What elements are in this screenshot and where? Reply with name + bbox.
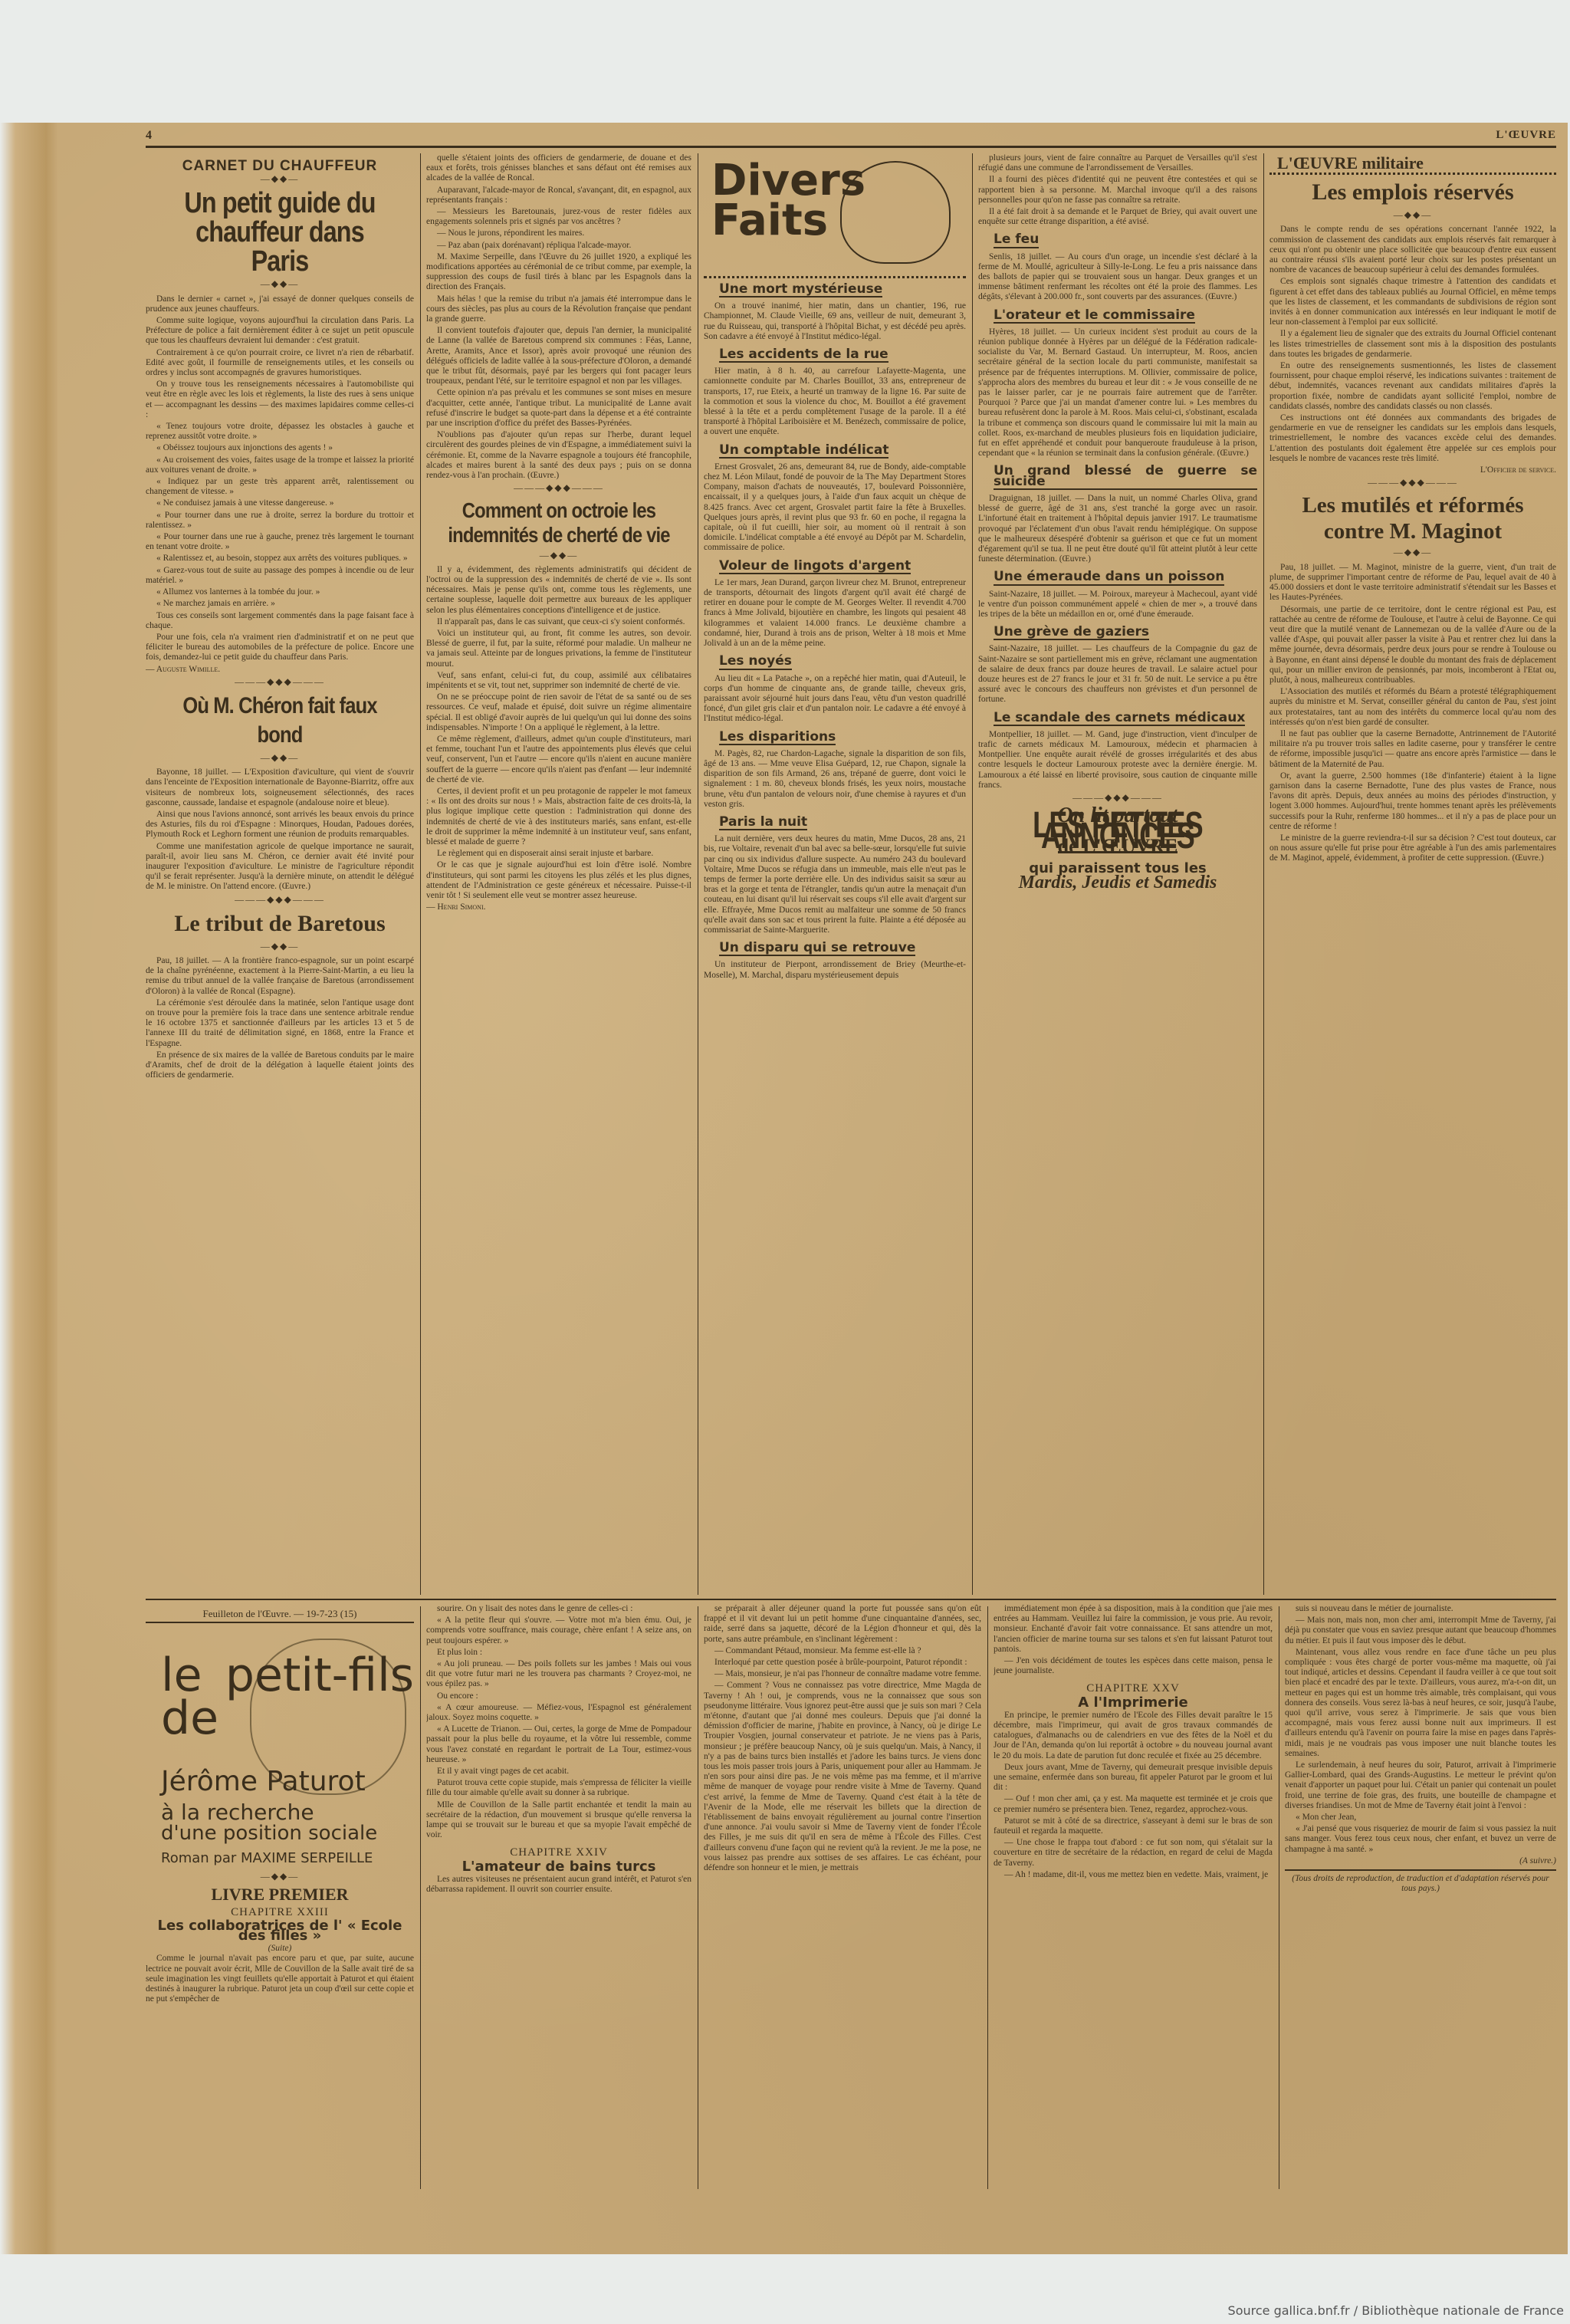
paragraph: Comme suite logique, voyons aujourd'hui … [146, 316, 414, 347]
article-headline: Les emplois réservés [1269, 178, 1556, 207]
article-body: Bayonne, 18 juillet. — L'Exposition d'av… [146, 768, 414, 892]
paragraph: Désormais, une partie de ce territoire, … [1269, 605, 1556, 686]
brief-heading: Une grève de gaziers [994, 627, 1149, 640]
page-edge [0, 123, 57, 2254]
source-credit: Source gallica.bnf.fr / Bibliothèque nat… [1228, 2303, 1564, 2318]
paragraph: « A la petite fleur qui s'ouvre. — Votre… [426, 1616, 691, 1646]
article-byline: L'Officier de service. [1269, 465, 1556, 475]
ad-headline: LES PETITES ANNONCES [1013, 820, 1223, 840]
novel-text: sourire. On y lisait des notes dans le g… [426, 1604, 691, 1840]
paragraph: Il y a également lieu de signaler que de… [1269, 329, 1556, 360]
paragraph: Deux jours avant, Mme de Taverny, qui de… [994, 1763, 1273, 1793]
column-rule [987, 1606, 988, 2189]
paragraph: Or, avant la guerre, 2.500 hommes (18e d… [1269, 771, 1556, 832]
paragraph: Le 1er mars, Jean Durand, garçon livreur… [704, 578, 966, 649]
article-headline: Le tribut de Baretous [146, 909, 414, 938]
column-3: Divers Faits Une mort mystérieuseOn a tr… [704, 153, 966, 1595]
paragraph: — Commandant Pétaud, monsieur. Ma femme … [704, 1646, 981, 1656]
column-rule [972, 153, 973, 1595]
chapter-title: Les collaboratrices de l' « Ecole des fi… [146, 1921, 414, 1941]
paragraph: — Comment ? Vous ne connaissez pas votre… [704, 1681, 981, 1873]
paragraph: En principe, le premier numéro de l'Ecol… [994, 1711, 1273, 1761]
novel-title-line: d'une position sociale [161, 1829, 377, 1839]
feuilleton-column-2: sourire. On y lisait des notes dans le g… [426, 1604, 691, 2194]
ornament: —◆◆— [426, 551, 691, 560]
paragraph: « A Lucette de Trianon. — Oui, certes, l… [426, 1724, 691, 1765]
paragraph: Il y a, évidemment, des règlements admin… [426, 565, 691, 616]
paragraph: « Au croisement des voies, faites usage … [146, 455, 414, 475]
ornament: ———◆◆◆——— [426, 483, 691, 493]
paragraph: Paturot se mit à côté de sa directrice, … [994, 1816, 1273, 1836]
paragraph: Ces emplois sont signalés chaque trimest… [1269, 277, 1556, 327]
paragraph: La cérémonie s'est déroulée dans la mati… [146, 998, 414, 1049]
article-body: Pau, 18 juillet. — A la frontière franco… [146, 956, 414, 1080]
paragraph: Comme le journal n'avait pas encore paru… [146, 1954, 414, 2004]
paragraph: Mlle de Couvillon de la Salle partit enc… [426, 1800, 691, 1841]
paragraph: « Ne conduisez jamais à une vitesse dang… [146, 498, 414, 508]
paragraph: Et il y avait vingt pages de cet acabit. [426, 1767, 691, 1777]
paragraph: « Au joli pruneau. — Des poils follets s… [426, 1659, 691, 1690]
novel-text: immédiatement mon épée à sa disposition,… [994, 1604, 1273, 1676]
paragraph: Et plus loin : [426, 1648, 691, 1658]
paragraph: N'oublions pas d'ajouter qu'un repas sur… [426, 430, 691, 481]
article-headline: Comment on octroie les indemnités de che… [446, 498, 672, 547]
brief-heading: Les noyés [719, 656, 792, 669]
brief-heading: Paris la nuit [719, 817, 807, 830]
paragraph: Saint-Nazaire, 18 juillet. — M. Poiroux,… [978, 590, 1257, 620]
paragraph: « Pour tourner dans une rue à droite, se… [146, 511, 414, 531]
classifieds-advertisement: On lit partout LES PETITES ANNONCES de L… [978, 810, 1257, 888]
feuilleton-separator [146, 1599, 1556, 1600]
ornament: —◆◆— [146, 753, 414, 763]
paragraph: immédiatement mon épée à sa disposition,… [994, 1604, 1273, 1655]
paragraph: Veuf, sans enfant, celui-ci fut, du coup… [426, 671, 691, 691]
brief-heading: Une mort mystérieuse [719, 284, 882, 297]
masthead: L'ŒUVRE [1496, 129, 1556, 142]
chapter-number: CHAPITRE XXIV [426, 1848, 691, 1858]
paragraph: Il convient toutefois d'ajouter que, dep… [426, 326, 691, 386]
article-body: Dans le dernier « carnet », j'ai essayé … [146, 294, 414, 663]
paragraph: Pau, 18 juillet. — A la frontière franco… [146, 956, 414, 997]
paragraph: « Tenez toujours votre droite, dépassez … [146, 422, 414, 442]
column-rule [1279, 1606, 1279, 2189]
book-label: LIVRE PREMIER [146, 1889, 414, 1899]
paragraph: « A cœur amoureuse. — Méfiez-vous, l'Esp… [426, 1703, 691, 1723]
feuilleton-column-4: immédiatement mon épée à sa disposition,… [994, 1604, 1273, 2194]
paragraph: Dans le compte rendu de ses opérations c… [1269, 225, 1556, 275]
column-rule [698, 153, 698, 1595]
ornament: ———◆◆◆——— [146, 677, 414, 687]
brief-heading: Une émeraude dans un poisson [994, 572, 1224, 585]
feuilleton-header: Feuilleton de l'Œuvre. — 19-7-23 (15) [146, 1604, 414, 1623]
ornament: —◆◆— [146, 174, 414, 184]
suite-label: (Suite) [146, 1944, 414, 1954]
news-briefs: Le feuSenlis, 18 juillet. — Au cours d'u… [978, 228, 1257, 791]
paragraph: Bayonne, 18 juillet. — L'Exposition d'av… [146, 768, 414, 808]
column-4: plusieurs jours, vient de faire connaîtr… [978, 153, 1257, 1595]
paragraph: Il a fourni des pièces d'identité qui ne… [978, 175, 1257, 205]
paragraph: — Ah ! madame, dit-il, vous me mettez bi… [994, 1870, 1273, 1880]
paragraph: Le ministre de la guerre reviendra-t-il … [1269, 833, 1556, 864]
article-headline: Les mutilés et réformés contre M. Magino… [1269, 492, 1556, 544]
paragraph: sourire. On y lisait des notes dans le g… [426, 1604, 691, 1614]
article-body: plusieurs jours, vient de faire connaîtr… [978, 153, 1257, 227]
paragraph: « Obéissez toujours aux injonctions des … [146, 443, 414, 453]
paragraph: Dans le dernier « carnet », j'ai essayé … [146, 294, 414, 314]
paragraph: « Ne marchez jamais en arrière. » [146, 599, 414, 609]
paragraph: On y trouve tous les renseignements néce… [146, 380, 414, 420]
article-body: quelle s'étaient joints des officiers de… [426, 153, 691, 481]
page-header: 4 L'ŒUVRE [146, 129, 1556, 148]
paragraph: Au lieu dit « La Patache », on a repêché… [704, 674, 966, 725]
paragraph: En présence de six maires de la vallée d… [146, 1050, 414, 1081]
novel-author: Roman par MAXIME SERPEILLE [161, 1853, 373, 1863]
divers-faits-logo: Divers Faits [704, 153, 966, 278]
paragraph: Ce même règlement, d'ailleurs, admet qu'… [426, 735, 691, 785]
novel-title-illustration: le petit-fils de Jérôme Paturot à la rec… [146, 1623, 414, 1861]
paragraph: Maintenant, vous allez vous rendre en fa… [1285, 1648, 1556, 1759]
paragraph: Tous ces conseils sont largement comment… [146, 611, 414, 631]
paragraph: Draguignan, 18 juillet. — Dans la nuit, … [978, 494, 1257, 564]
paragraph: M. Maxime Serpeille, dans l'Œuvre du 26 … [426, 252, 691, 293]
paragraph: Il n'apparaît pas, dans le cas suivant, … [426, 617, 691, 627]
brief-heading: Un grand blessé de guerre se suicide [994, 466, 1257, 489]
paragraph: Certes, il devient profit et un peu prot… [426, 787, 691, 847]
paragraph: Les autres visiteuses ne présentaient au… [426, 1875, 691, 1895]
paragraph: Contrairement à ce qu'on pourrait croire… [146, 348, 414, 379]
paragraph: « J'ai pensé que vous risqueriez de mour… [1285, 1824, 1556, 1855]
brief-heading: Les accidents de la rue [719, 350, 888, 363]
article-byline: — Henri Simoni. [426, 902, 691, 912]
brief-heading: Les disparitions [719, 732, 836, 745]
paragraph: — Nous le jurons, répondirent les maires… [426, 228, 691, 238]
rights-notice: (Tous droits de reproduction, de traduct… [1285, 1869, 1556, 1894]
novel-title-line: le petit-fils de [161, 1654, 414, 1740]
paragraph: On ne se préoccupe point de rien savoir … [426, 692, 691, 733]
ornament: ———◆◆◆——— [1269, 478, 1556, 488]
page-number: 4 [146, 129, 152, 143]
paragraph: Hyères, 18 juillet. — Un curieux inciden… [978, 327, 1257, 459]
paragraph: suis si nouveau dans le métier de journa… [1285, 1604, 1556, 1614]
paragraph: Paturot trouva cette copie stupide, mais… [426, 1778, 691, 1798]
paragraph: Or le cas que je signale aujourd'hui est… [426, 860, 691, 901]
article-byline: — Auguste Wimille. [146, 665, 414, 675]
paragraph: quelle s'étaient joints des officiers de… [426, 153, 691, 184]
paragraph: « Pour tourner dans une rue à gauche, pr… [146, 532, 414, 552]
column-5: L'ŒUVRE militaire Les emplois réservés —… [1269, 153, 1556, 1595]
paragraph: Il a été fait droit à sa demande et le P… [978, 207, 1257, 227]
section-banner: L'ŒUVRE militaire [1269, 153, 1556, 175]
paragraph: — Mais non, mais non, mon cher ami, inte… [1285, 1616, 1556, 1646]
paragraph: Montpellier, 18 juillet. — M. Gand, juge… [978, 730, 1257, 791]
news-briefs: Une mort mystérieuseOn a trouvé inanimé,… [704, 278, 966, 981]
paragraph: « Ralentissez et, au besoin, stoppez aux… [146, 554, 414, 564]
paragraph: Comme une manifestation agricole de quel… [146, 842, 414, 892]
paragraph: — Une chose le frappa tout d'abord : ce … [994, 1838, 1273, 1869]
feuilleton-column-5: suis si nouveau dans le métier de journa… [1285, 1604, 1556, 2194]
novel-text: En principe, le premier numéro de l'Ecol… [994, 1711, 1273, 1880]
article-body: Il y a, évidemment, des règlements admin… [426, 565, 691, 902]
rubric-kicker: CARNET DU CHAUFFEUR [146, 161, 414, 171]
novel-title-line: à la recherche [161, 1807, 314, 1817]
brief-heading: Le feu [994, 235, 1039, 248]
brief-heading: Voleur de lingots d'argent [719, 561, 911, 574]
paragraph: En outre des renseignements susmentionné… [1269, 361, 1556, 412]
ornament: —◆◆— [1269, 547, 1556, 557]
ornament: —◆◆— [1269, 210, 1556, 220]
paragraph: Interloqué par cette question posée à br… [704, 1658, 981, 1668]
paragraph: Un instituteur de Pierpont, arrondisseme… [704, 960, 966, 980]
column-rule [698, 1606, 698, 2189]
paragraph: « Indiquez par un geste très apparent ar… [146, 477, 414, 497]
paragraph: Pour une fois, cela n'a vraiment rien d'… [146, 633, 414, 663]
column-2: quelle s'étaient joints des officiers de… [426, 153, 691, 1595]
paragraph: — Mais, monsieur, je n'ai pas l'honneur … [704, 1669, 981, 1679]
paragraph: « Garez-vous tout de suite au passage de… [146, 566, 414, 586]
paragraph: se préparait à aller déjeuner quand la p… [704, 1604, 981, 1645]
paragraph: On a trouvé inanimé, hier matin, dans un… [704, 301, 966, 342]
paragraph: Voici un instituteur qui, au front, fit … [426, 629, 691, 669]
cherub-illustration-icon [840, 161, 951, 264]
paragraph: Le surlendemain, à neuf heures du soir, … [1285, 1760, 1556, 1811]
novel-text: suis si nouveau dans le métier de journa… [1285, 1604, 1556, 1855]
ornament: ———◆◆◆——— [146, 895, 414, 905]
paragraph: M. Pagès, 82, rue Chardon-Lagache, signa… [704, 749, 966, 810]
paragraph: — Paz aban (paix dorénavant) répliqua l'… [426, 241, 691, 251]
chapter-number: CHAPITRE XXIII [146, 1908, 414, 1918]
paragraph: La nuit dernière, vers deux heures du ma… [704, 834, 966, 935]
paragraph: Saint-Nazaire, 18 juillet. — Les chauffe… [978, 644, 1257, 705]
paragraph: Mais hélas ! que la remise du tribut n'a… [426, 294, 691, 325]
novel-text: Les autres visiteuses ne présentaient au… [426, 1875, 691, 1895]
paragraph: Ainsi que nous l'avions annoncé, sont ar… [146, 810, 414, 840]
novel-title-line: Jérôme Paturot [161, 1777, 366, 1787]
brief-heading: Un disparu qui se retrouve [719, 943, 915, 956]
paragraph: Hier matin, à 8 h. 40, au carrefour Lafa… [704, 367, 966, 437]
column-1: CARNET DU CHAUFFEUR —◆◆— Un petit guide … [146, 153, 414, 1595]
novel-text: se préparait à aller déjeuner quand la p… [704, 1604, 981, 1873]
column-rule [420, 153, 421, 1595]
paragraph: Cette opinion n'a pas prévalu et les com… [426, 388, 691, 429]
brief-heading: Le scandale des carnets médicaux [994, 713, 1245, 726]
novel-text: Comme le journal n'avait pas encore paru… [146, 1954, 414, 2004]
ornament: —◆◆— [146, 279, 414, 289]
feuilleton-column-3: se préparait à aller déjeuner quand la p… [704, 1604, 981, 2194]
article-body: Dans le compte rendu de ses opérations c… [1269, 225, 1556, 464]
ornament: —◆◆— [146, 1872, 414, 1882]
paragraph: Senlis, 18 juillet. — Au cours d'un orag… [978, 252, 1257, 303]
paragraph: Ernest Grosvalet, 26 ans, demeurant 84, … [704, 462, 966, 554]
to-be-continued: (A suivre.) [1285, 1856, 1556, 1866]
paragraph: plusieurs jours, vient de faire connaîtr… [978, 153, 1257, 173]
paragraph: « Mon cher Jean, [1285, 1813, 1556, 1823]
paragraph: Ou encore : [426, 1691, 691, 1701]
paragraph: Il ne faut pas oublier que la caserne Be… [1269, 729, 1556, 770]
feuilleton-column-1: Feuilleton de l'Œuvre. — 19-7-23 (15) le… [146, 1604, 414, 2194]
paragraph: — Messieurs les Baretounais, jurez-vous … [426, 207, 691, 227]
ornament: ———◆◆◆——— [978, 793, 1257, 803]
article-headline: Où M. Chéron fait faux bond [166, 692, 394, 750]
paragraph: Pau, 18 juillet. — M. Maginot, ministre … [1269, 563, 1556, 603]
article-body: Pau, 18 juillet. — M. Maginot, ministre … [1269, 563, 1556, 864]
paragraph: L'Association des mutilés et réformés du… [1269, 687, 1556, 728]
scan-background-top [0, 0, 1570, 123]
paragraph: — Ouf ! mon cher ami, ça y est. Ma maque… [994, 1794, 1273, 1814]
brief-heading: Un comptable indélicat [719, 445, 888, 459]
paragraph: Ces instructions ont été données aux com… [1269, 413, 1556, 464]
chapter-number: CHAPITRE XXV [994, 1684, 1273, 1694]
paragraph: — J'en vois décidément de toutes les esp… [994, 1656, 1273, 1676]
ad-days: Mardis, Jeudis et Samedis [978, 878, 1257, 888]
column-rule [420, 1606, 421, 2189]
paragraph: Auparavant, l'alcade-mayor de Roncal, s'… [426, 186, 691, 205]
brief-heading: L'orateur et le commissaire [994, 311, 1195, 324]
ornament: —◆◆— [146, 942, 414, 952]
chapter-title: L'amateur de bains turcs [426, 1862, 691, 1872]
column-rule [1263, 153, 1264, 1595]
paragraph: Le règlement qui en disposerait ainsi se… [426, 849, 691, 859]
chapter-title: A l'Imprimerie [994, 1698, 1273, 1708]
article-headline: Un petit guide du chauffeur dans Paris [166, 189, 394, 276]
section-banner-text: L'ŒUVRE militaire [1277, 153, 1424, 173]
paragraph: « Allumez vos lanternes à la tombée du j… [146, 587, 414, 597]
